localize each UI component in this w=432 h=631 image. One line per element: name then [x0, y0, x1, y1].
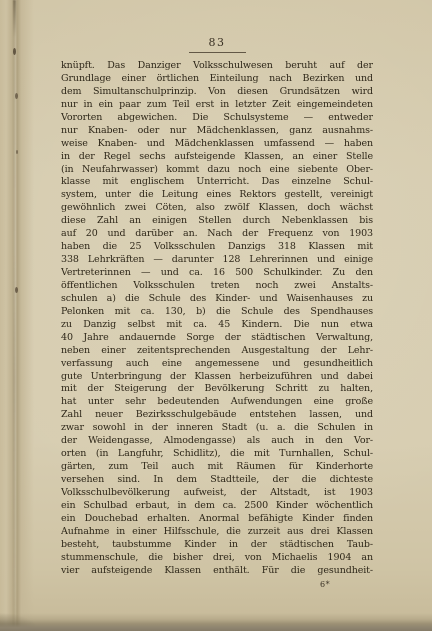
text-line: ein Schulbad erbaut, in dem ca. 2500 Kin…	[61, 500, 373, 513]
text-line: nur in ein paar zum Teil erst in letzter…	[61, 99, 373, 112]
text-line: 40 Jahre andauernde Sorge der städtische…	[61, 332, 373, 345]
text-line: gewöhnlich zwei Cöten, also zwölf Klasse…	[61, 202, 373, 215]
paper-speck	[15, 287, 18, 293]
text-line: zwar sowohl in der inneren Stadt (u. a. …	[61, 422, 373, 435]
text-line: öffentlichen Volksschulen treten noch zw…	[61, 280, 373, 293]
text-line: system, unter die Leitung eines Rektors …	[61, 189, 373, 202]
text-line: vier aufsteigende Klassen enthält. Für d…	[61, 565, 373, 578]
text-line: auf 20 und darüber an. Nach der Frequenz…	[61, 228, 373, 241]
text-line: Zahl neuer Bezirksschulgebäude entstehen…	[61, 409, 373, 422]
text-line: weise Knaben- und Mädchenklassen umfasse…	[61, 138, 373, 151]
text-line: Volksschulbevölkerung aufweist, der Alts…	[61, 487, 373, 500]
text-line: zu Danzig selbst mit ca. 45 Kindern. Die…	[61, 319, 373, 332]
text-line: stummenschule, die bisher drei, von Mich…	[61, 552, 373, 565]
text-line: Grundlage einer örtlichen Einteilung nac…	[61, 73, 373, 86]
text-line: haben die 25 Volksschulen Danzigs 318 Kl…	[61, 241, 373, 254]
text-line: mit der Steigerung der Bevölkerung Schri…	[61, 383, 373, 396]
text-line: Vororten abgewichen. Die Schulsysteme — …	[61, 112, 373, 125]
text-line: knüpft. Das Danziger Volksschulwesen ber…	[61, 60, 373, 73]
header-rule	[189, 52, 246, 53]
text-line: hat unter sehr bedeutenden Aufwendungen …	[61, 396, 373, 409]
text-line: Vertreterinnen — und ca. 16 500 Schulkin…	[61, 267, 373, 280]
paper-speck	[16, 150, 18, 154]
book-page-scan: 83 knüpft. Das Danziger Volksschulwesen …	[0, 0, 432, 631]
text-line: in der Regel sechs aufsteigende Klassen,…	[61, 151, 373, 164]
text-line: versehen sind. In dem Stadtteile, der di…	[61, 474, 373, 487]
signature-mark: 6*	[320, 580, 330, 589]
text-line: nur Knaben- oder nur Mädchenklassen, gan…	[61, 125, 373, 138]
text-line: verfassung auch eine angemessene und ges…	[61, 358, 373, 371]
text-line: dem Simultanschulprinzip. Von diesen Gru…	[61, 86, 373, 99]
text-line: schulen a) die Schule des Kinder- und Wa…	[61, 293, 373, 306]
text-line: ein Douchebad erhalten. Anormal befähigt…	[61, 513, 373, 526]
text-line: neben einer zeitentsprechenden Ausgestal…	[61, 345, 373, 358]
text-line: 338 Lehrkräften — darunter 128 Lehrerinn…	[61, 254, 373, 267]
paper-speck	[13, 48, 16, 55]
body-text: knüpft. Das Danziger Volksschulwesen ber…	[61, 60, 373, 578]
text-line: besteht, taubstumme Kinder in der städti…	[61, 539, 373, 552]
page-number: 83	[61, 37, 373, 49]
paper-speck	[15, 93, 18, 99]
text-line: gute Unterbringung der Klassen herbeizuf…	[61, 371, 373, 384]
text-line: diese Zahl an einigen Stellen durch Nebe…	[61, 215, 373, 228]
page-header: 83	[61, 37, 373, 53]
text-line: der Weidengasse, Almodengasse) als auch …	[61, 435, 373, 448]
text-line: orten (in Langfuhr, Schidlitz), die mit …	[61, 448, 373, 461]
page-bottom-edge	[0, 613, 432, 631]
text-line: (in Neufahrwasser) kommt dazu noch eine …	[61, 164, 373, 177]
text-line: klasse mit englischem Unterricht. Das ei…	[61, 176, 373, 189]
text-line: Aufnahme in einer Hilfsschule, die zurze…	[61, 526, 373, 539]
text-line: Pelonken mit ca. 130, b) die Schule des …	[61, 306, 373, 319]
text-line: gärten, zum Teil auch mit Räumen für Kin…	[61, 461, 373, 474]
